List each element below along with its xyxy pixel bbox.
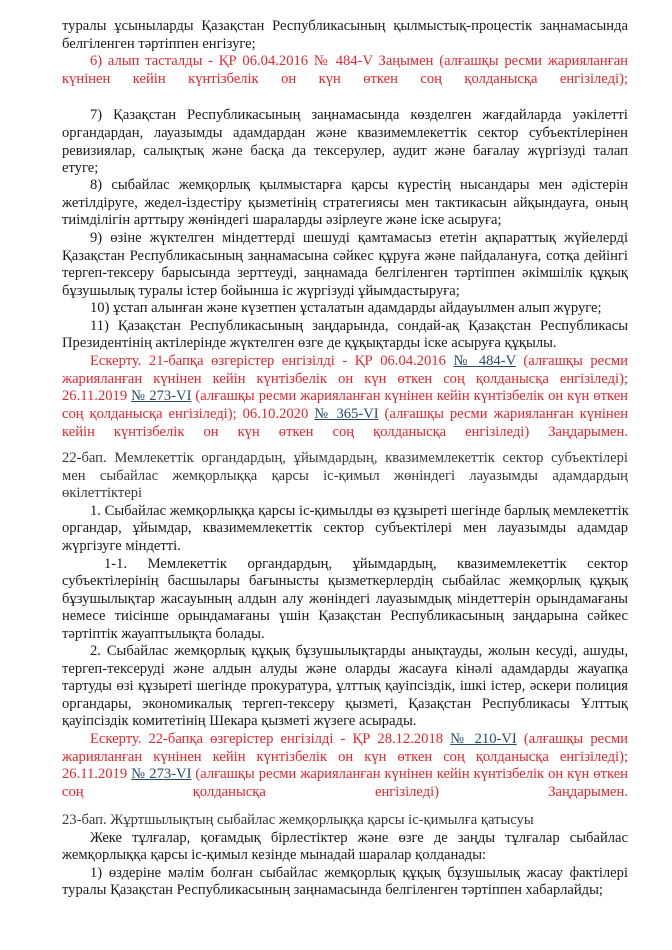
article21-body-line: тиімділігін арттыру жөніндегі шараларды … (62, 212, 628, 229)
note-text: (алғашқы ресми (516, 353, 628, 369)
note-text: (алғашқы ресми (517, 731, 628, 747)
article21-note-line: кейін күнтізбелік он күн өткен соң қолда… (62, 424, 628, 441)
article23-line: 1) өздеріне мәлім болған сыбайлас жемқор… (90, 865, 628, 882)
note-text: 26.11.2019 (62, 766, 131, 782)
law-reference-link[interactable]: № 273-VI (131, 766, 191, 782)
article22-line: 1. Сыбайлас жемқорлыққа қарсы іс-қимылды… (90, 503, 628, 520)
article23-line: 23-бап. Жұртшылықтың сыбайлас жемқорлыққ… (62, 812, 628, 829)
article22-line: 2. Сыбайлас жемқорлық құқық бұзушылықтар… (90, 643, 628, 660)
article21-body-line: ревизиялар, салықтық және басқа да тексе… (62, 143, 628, 160)
law-reference-link[interactable]: № 365-VI (314, 406, 378, 422)
article22-line: бұзушылықтар жасауының алдын алу жөнінде… (62, 591, 628, 608)
article22-note-line: жарияланған күнінен кейін күнтізбелік он… (62, 749, 628, 766)
article22-line: жүргізуге міндетті. (62, 538, 628, 555)
article21-body-line: 10) ұстап алынған және күзетпен ұсталаты… (90, 300, 628, 317)
article22-line: мен сыбайлас жемқорлыққа қарсы іс-қимыл … (62, 468, 628, 485)
article21-note-line: 26.11.2019 № 273-VI (алғашқы ресми жария… (62, 388, 628, 405)
article22-line: субъектілерінің басшылары бағынысты қызм… (62, 573, 628, 590)
article23-line: туралы Қазақстан Республикасының заңнама… (62, 882, 628, 899)
article21-body-line: 6) алып тасталды - ҚР 06.04.2016 № 484-V… (90, 53, 628, 70)
article22-note-line: 26.11.2019 № 273-VI (алғашқы ресми жария… (62, 766, 628, 783)
article21-note-line: Ескерту. 21-бапқа өзгерістер енгізілді -… (90, 353, 628, 370)
article22-line: 1-1. Мемлекеттік органдардың, ұйымдардың… (104, 556, 628, 573)
note-text: (алғашқы ресми жарияланған күнінен кейін… (191, 388, 628, 404)
article23-line: жемқорлыққа қарсы іс-қимыл кезінде мынад… (62, 847, 628, 864)
note-text: 26.11.2019 (62, 388, 131, 404)
note-text: Ескерту. 21-бапқа өзгерістер енгізілді -… (90, 353, 453, 369)
article22-line: тергеп-тексеруді және алдын алуды және о… (62, 661, 628, 678)
note-text: Ескерту. 22-бапқа өзгерістер енгізілді -… (90, 731, 450, 747)
document-page: туралы ұсыныларды Қазақстан Республикасы… (0, 0, 672, 950)
article21-note-line: соң қолданысқа енгізіледі); 06.10.2020 №… (62, 406, 628, 423)
article21-body-line: 8) сыбайлас жемқорлық қылмыстарға қарсы … (90, 177, 628, 194)
note-text: жарияланған күнінен кейін күнтізбелік он… (62, 371, 628, 387)
article22-line: органдары, экономикалық тергеп-тексеру қ… (62, 696, 628, 713)
article21-body-line: 9) өзіне жүктелген міндеттерді шешуді қа… (90, 230, 628, 247)
article22-note-line: Ескерту. 22-бапқа өзгерістер енгізілді -… (90, 731, 628, 748)
article21-body-line: 7) Қазақстан Республикасының заңнамасынд… (90, 107, 628, 124)
article21-body-line: туралы ұсыныларды Қазақстан Республикасы… (62, 18, 628, 35)
article22-line: немесе тиісінше орындамағаны үшін Қазақс… (62, 608, 628, 625)
article21-body-line: органдардан, лауазымды адамдардан және к… (62, 125, 628, 142)
article21-body-line: белгіленген тәртіппен енгізуге; (62, 36, 628, 53)
article21-note-line: жарияланған күнінен кейін күнтізбелік он… (62, 371, 628, 388)
article22-line: 22-бап. Мемлекеттік органдардың, ұйымдар… (62, 450, 628, 467)
article23-line: Жеке тұлғалар, қоғамдық бірлестіктер жән… (90, 830, 628, 847)
note-text: жарияланған күнінен кейін күнтізбелік он… (62, 749, 628, 765)
article21-body-line: тергеп-тексеру барысында зерттеуді, заңн… (62, 265, 628, 282)
article22-line: тәртіптік жауаптылықта болады. (62, 626, 628, 643)
article21-body-line: 11) Қазақстан Республикасының заңдарында… (90, 318, 628, 335)
article21-body-line: жетілдіруге, жедел-іздестіру қызметінің … (62, 195, 628, 212)
note-text: кейін күнтізбелік он күн өткен соң қолда… (62, 424, 628, 440)
law-reference-link[interactable]: № 210-VI (450, 731, 517, 747)
law-reference-link[interactable]: № 484-V (453, 353, 515, 369)
article22-note-line: соң қолданысқа енгізіледі) Заңдарымен. (62, 784, 628, 801)
law-reference-link[interactable]: № 273-VI (131, 388, 191, 404)
note-text: (алғашқы ресми жарияланған күнінен (379, 406, 628, 422)
article21-body-line: Қазақстан Республикасының заңнамасына сә… (62, 248, 628, 265)
article22-line: қауіпсіздік комитетінің Шекара қызметі ж… (62, 713, 628, 730)
article22-line: органдар, ұйымдар, квазимемлекеттік сект… (62, 520, 628, 537)
article21-body-line: күнінен кейін күнтізбелік он күн өткен с… (62, 71, 628, 88)
article22-line: тартуды өзі құзыреті шегінде прокуратура… (62, 678, 628, 695)
note-text: (алғашқы ресми жарияланған күнінен кейін… (191, 766, 628, 782)
article21-body-line: бұзушылық туралы істер бойынша іс жүргіз… (62, 283, 628, 300)
article22-line: өкілеттіктері (62, 485, 628, 502)
article21-body-line: Президентінің актілерінде жүктелген өзге… (62, 335, 628, 352)
note-text: соң қолданысқа енгізіледі) Заңдарымен. (62, 784, 628, 800)
article21-body-line: етуге; (62, 160, 628, 177)
note-text: соң қолданысқа енгізіледі); 06.10.2020 (62, 406, 314, 422)
